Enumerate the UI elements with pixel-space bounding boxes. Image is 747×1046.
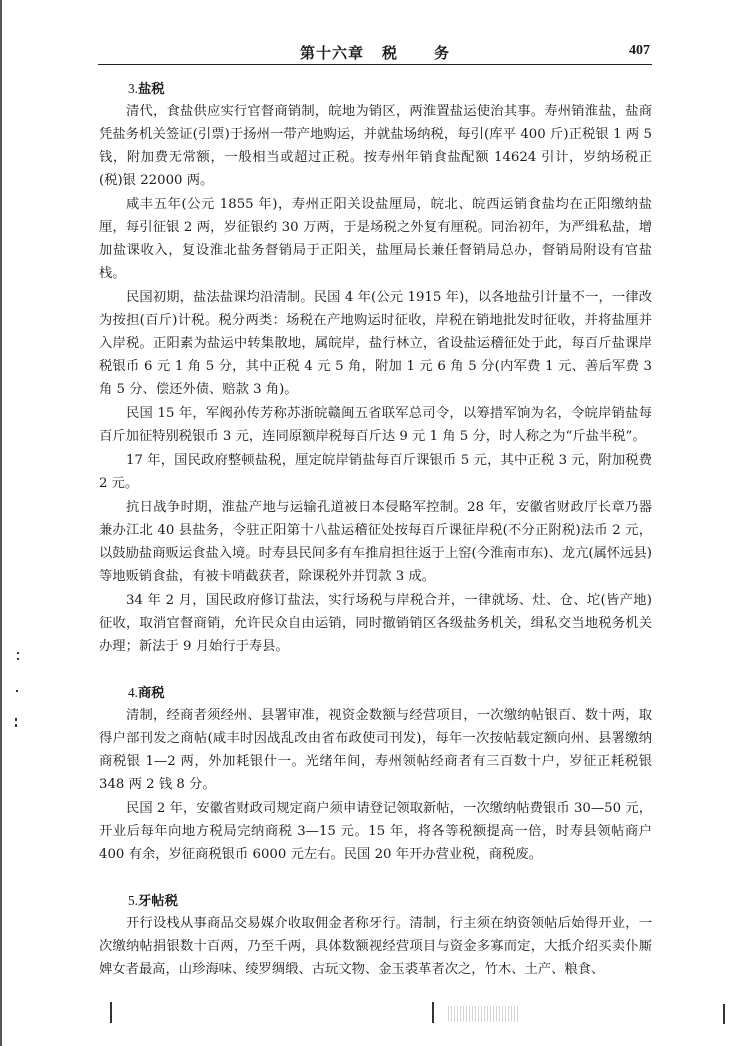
margin-dot <box>17 658 19 660</box>
paragraph: 开行设栈从事商品交易媒介收取佣金者称牙行。清制，行主须在纳资领帖后始得开业，一次… <box>99 912 652 981</box>
section-title: 牙帖税 <box>138 894 178 909</box>
chapter-title: 第十六章税务 <box>98 42 652 63</box>
margin-dot <box>16 690 18 692</box>
page-left-edge <box>0 0 2 1046</box>
section-heading: 3.盐税 <box>99 77 652 100</box>
section-title: 盐税 <box>138 82 165 97</box>
paragraph: 咸丰五年(公元 1855 年)，寿州正阳关设盐厘局，皖北、皖西运销食盐均在正阳缴… <box>99 193 652 285</box>
section-commerce-tax: 4.商税 清制，经商者须经州、县署审准，视资金数额与经营项目，一次缴纳帖银百、数… <box>99 681 652 866</box>
section-heading: 4.商税 <box>99 681 652 704</box>
paragraph: 清制，经商者须经州、县署审准，视资金数额与经营项目，一次缴纳帖银百、数十两，取得… <box>99 704 652 796</box>
scan-noise <box>448 1006 518 1022</box>
paragraph: 民国 2 年，安徽省财政司规定商户须申请登记领取新帖，一次缴纳帖费银币 30—5… <box>99 797 652 866</box>
margin-dot <box>15 724 17 727</box>
section-title: 商税 <box>138 686 165 701</box>
chapter-title-part2: 务 <box>434 44 450 62</box>
page-number: 407 <box>629 43 650 59</box>
section-number: 5. <box>128 893 138 908</box>
chapter-label: 第十六章 <box>300 44 364 62</box>
section-salt-tax: 3.盐税 清代，食盐供应实行官督商销制，皖地为销区，两淮置盐运使治其事。寿州销淮… <box>99 77 652 658</box>
running-header: 第十六章税务 407 <box>98 36 652 65</box>
bottom-tick <box>110 1002 112 1023</box>
paragraph: 民国 15 年，军阀孙传芳称苏浙皖赣闽五省联军总司令，以筹措军饷为名，令皖岸销盐… <box>99 402 652 448</box>
paragraph: 17 年，国民政府整顿盐税，厘定皖岸销盐每百斤课银币 5 元，其中正税 3 元，… <box>99 449 652 495</box>
chapter-title-part1: 税 <box>382 44 398 62</box>
paragraph: 34 年 2 月，国民政府修订盐法，实行场税与岸税合并，一律就场、灶、仓、坨(皆… <box>99 589 652 658</box>
bottom-tick <box>432 1002 434 1023</box>
margin-dot <box>17 652 19 654</box>
section-number: 4. <box>128 685 138 700</box>
page-body: 3.盐税 清代，食盐供应实行官督商销制，皖地为销区，两淮置盐运使治其事。寿州销淮… <box>99 77 652 1004</box>
section-broker-license-tax: 5.牙帖税 开行设栈从事商品交易媒介收取佣金者称牙行。清制，行主须在纳资领帖后始… <box>99 889 652 981</box>
section-number: 3. <box>128 81 138 96</box>
paragraph: 民国初期，盐法盐课均沿清制。民国 4 年(公元 1915 年)，以各地盐引计量不… <box>99 286 652 401</box>
section-heading: 5.牙帖税 <box>99 889 652 912</box>
paragraph: 抗日战争时期，淮盐产地与运输孔道被日本侵略军控制。28 年，安徽省财政厅长章乃器… <box>99 496 652 588</box>
bottom-tick <box>723 1004 725 1024</box>
margin-dot <box>15 718 17 721</box>
paragraph: 清代，食盐供应实行官督商销制，皖地为销区，两淮置盐运使治其事。寿州销淮盐，盐商凭… <box>99 100 652 192</box>
